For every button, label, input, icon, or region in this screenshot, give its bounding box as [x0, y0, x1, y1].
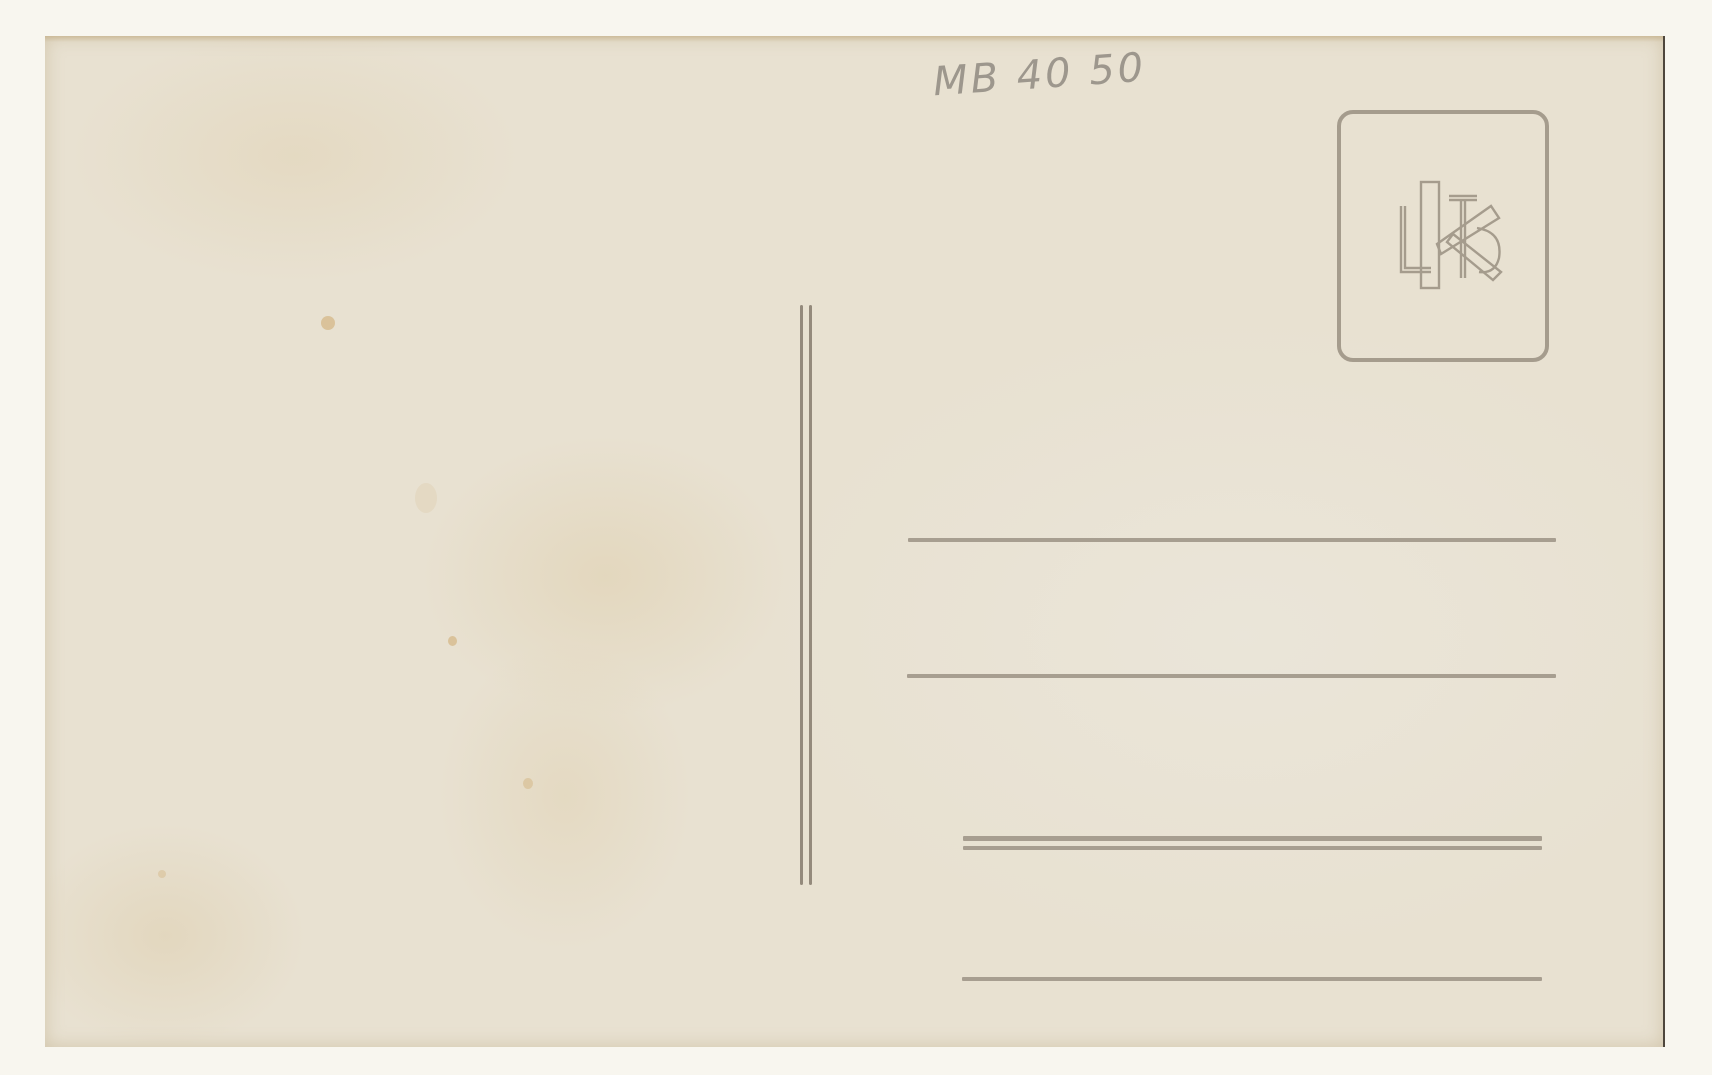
- address-line-3-upper: [963, 836, 1542, 841]
- handwritten-inventory-note: MB 40 50: [932, 45, 1148, 106]
- faint-show-through-marks: [105, 0, 536, 243]
- stain-dot: [321, 316, 335, 330]
- ltk-monogram-icon: [1391, 174, 1511, 294]
- address-line-1: [908, 538, 1556, 542]
- address-line-3-lower: [963, 846, 1542, 850]
- stamp-box: [1337, 110, 1549, 362]
- postcard-back: MB 40 50: [45, 36, 1665, 1047]
- address-line-4: [962, 977, 1542, 981]
- stain-dot: [448, 636, 457, 646]
- stain-dot: [158, 870, 166, 878]
- stain-dot: [415, 483, 437, 513]
- message-address-divider-right: [809, 305, 812, 885]
- message-address-divider-left: [800, 305, 803, 885]
- address-line-2: [907, 674, 1556, 678]
- stain-dot: [523, 778, 533, 789]
